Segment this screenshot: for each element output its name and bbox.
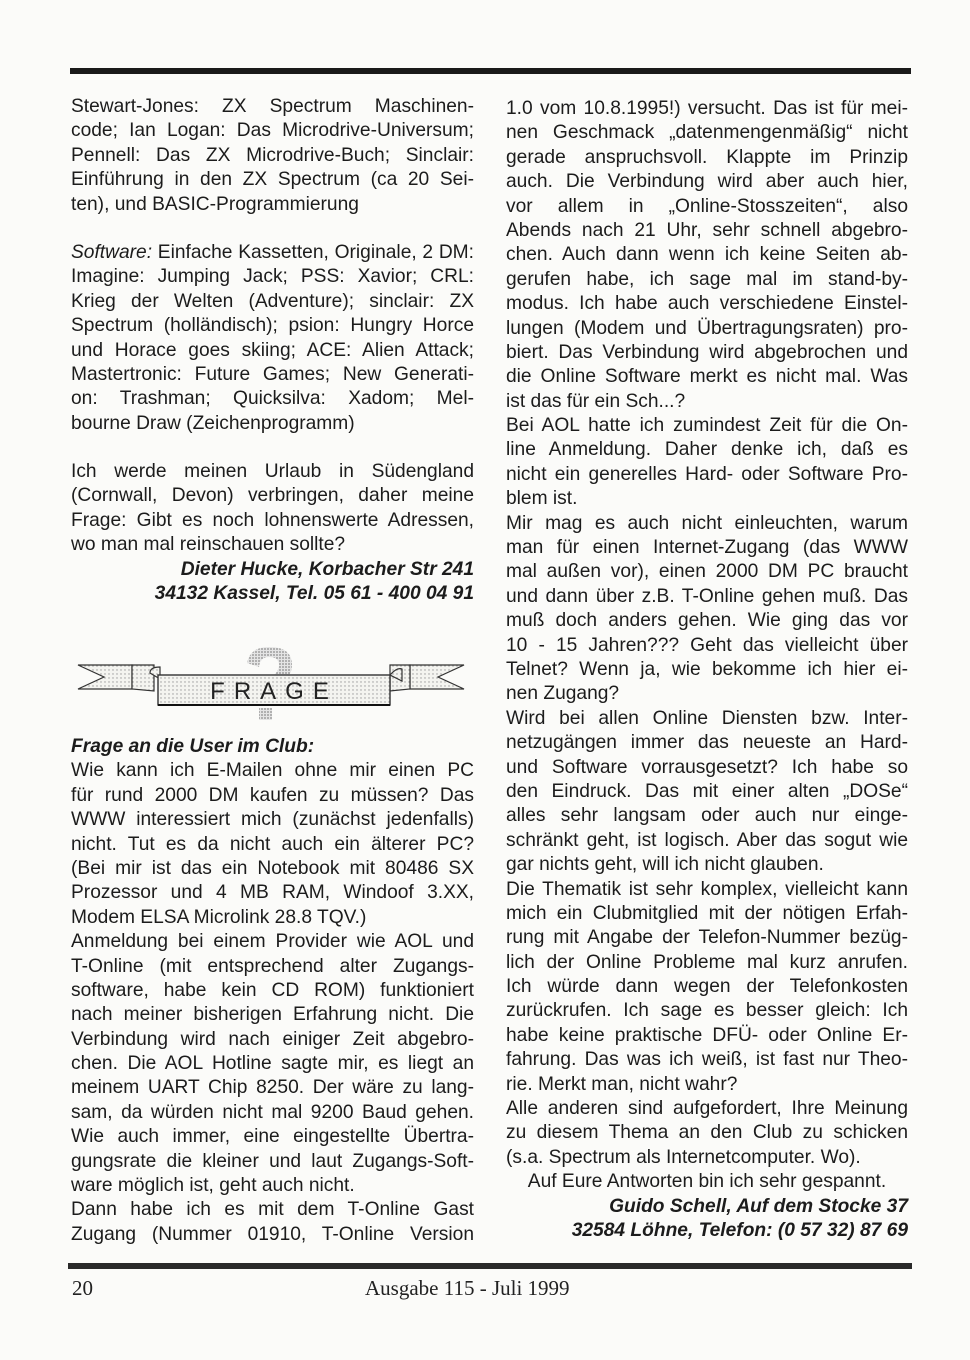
text-line: alles sehr langsam oder auch nur einge- — [506, 804, 908, 828]
text-line: 10 - 15 Jahren??? Geht das vielleicht üb… — [506, 634, 908, 658]
provider-paragraph: Anmeldung bei einem Provider wie AOL und… — [71, 930, 474, 1125]
text-line: nen Geschmack „datenmengenmäßig“ nicht — [506, 121, 908, 145]
text-line: software, habe kein CD ROM) funktioniert — [71, 979, 474, 1003]
text-line: 1.0 vom 10.8.1995!) versucht. Das ist fü… — [506, 97, 908, 121]
text-line: ten), und BASIC-Programmierung — [71, 193, 474, 217]
question-mark-banner-icon: FRAGE — [72, 645, 470, 725]
text-line: code; Ian Logan: Das Microdrive-Universu… — [71, 119, 474, 143]
software-label: Software: — [71, 242, 152, 263]
call-request-paragraph: Die Thematik ist sehr komplex, vielleich… — [506, 878, 908, 1098]
text-line: und Horace goes skiing; ACE: Alien Attac… — [71, 339, 474, 363]
text-line: Spectrum (holländisch); psion: Hungry Ho… — [71, 314, 474, 338]
text-line: fahrung. Das was ich weiß, ist fast nur … — [506, 1048, 908, 1072]
left-column: Stewart-Jones: ZX Spectrum Maschinen- co… — [71, 95, 474, 606]
bottom-rule — [68, 1263, 912, 1269]
text-line: wo man mal reinschauen sollte? — [71, 533, 474, 557]
software-list-paragraph: Software: Einfache Kassetten, Originale,… — [71, 241, 474, 436]
text-line: rung mit Angabe der Telefon-Nummer bezüg… — [506, 926, 908, 950]
section-heading: Frage an die User im Club: — [71, 735, 474, 759]
text-line: (Cornwall, Devon) verbringen, daher mein… — [71, 484, 474, 508]
text-line: nicht ein generelles Hard- oder Software… — [506, 463, 908, 487]
text-line: den Eindruck. Das mit einer alten „DOSe“ — [506, 780, 908, 804]
text-line: ist das für ein Sch...? — [506, 390, 908, 414]
text-line: Telnet? Wenn ja, wie bekomme ich hier ei… — [506, 658, 908, 682]
text-line: netzugängen immer das neueste an Hard- — [506, 731, 908, 755]
text-line: Pennell: Das ZX Microdrive-Buch; Sinclai… — [71, 144, 474, 168]
hardware-requirements-paragraph: Wird bei allen Online Diensten bzw. Inte… — [506, 707, 908, 878]
text-line: Wird bei allen Online Diensten bzw. Inte… — [506, 707, 908, 731]
text-line: Prozessor und 4 MB RAM, Windoof 3.XX, — [71, 881, 474, 905]
text-line: Frage: Gibt es noch lohnenswerte Adresse… — [71, 509, 474, 533]
text-line: meinem UART Chip 8250. Der wäre zu lang- — [71, 1076, 474, 1100]
text-line: Mir mag es auch nicht einleuchten, warum — [506, 512, 908, 536]
text-line: chen. Auch dann wenn ich keine Seiten ab… — [506, 243, 908, 267]
text-line: für rund 2000 DM kaufen zu müssen? Das — [71, 784, 474, 808]
text-line: Wie auch immer, eine eingestellte Übertr… — [71, 1125, 474, 1149]
transfer-rate-paragraph: Wie auch immer, eine eingestellte Übertr… — [71, 1125, 474, 1198]
text-line: gungsrate die kleiner und laut Zugangs-S… — [71, 1150, 474, 1174]
text-line: gerufen habe, ich sage mal im stand-by- — [506, 268, 908, 292]
invitation-paragraph: Alle anderen sind aufgefordert, Ihre Mei… — [506, 1097, 908, 1170]
text-line: biert. Das Verbindung wird abgebrochen u… — [506, 341, 908, 365]
text-line: nicht. Tut es da nicht auch ein älterer … — [71, 833, 474, 857]
closing-line: Auf Eure Antworten bin ich sehr gespannt… — [506, 1170, 908, 1194]
text-line: Ich werde meinen Urlaub in Südengland — [71, 460, 474, 484]
email-question-paragraph: Wie kann ich E-Mailen ohne mir einen PC … — [71, 759, 474, 930]
text-line: Ich würde dann wegen der Telefonkosten — [506, 975, 908, 999]
signature-line: 32584 Löhne, Telefon: (0 57 32) 87 69 — [506, 1219, 908, 1243]
text-line: line Anmeldung. Daher denke ich, daß es — [506, 438, 908, 462]
internet-access-paragraph: Mir mag es auch nicht einleuchten, warum… — [506, 512, 908, 707]
left-column-lower: Frage an die User im Club: Wie kann ich … — [71, 735, 474, 1247]
text-line: Anmeldung bei einem Provider wie AOL und — [71, 930, 474, 954]
text-line: muß doch anders gehen. Wie ging das vor — [506, 609, 908, 633]
t-online-continued-paragraph: 1.0 vom 10.8.1995!) versucht. Das ist fü… — [506, 97, 908, 414]
text-line: gar nichts geht, will ich nicht glauben. — [506, 853, 908, 877]
text-line: Abends nach 21 Uhr, sehr schnell abgebro… — [506, 219, 908, 243]
text-line: vor allem in „Online-Stosszeiten“, also — [506, 195, 908, 219]
text-line: ware möglich ist, geht auch nicht. — [71, 1174, 474, 1198]
text-line: schränkt geht, ist logisch. Aber das sog… — [506, 829, 908, 853]
text-line: man für einen Internet-Zugang (das WWW — [506, 536, 908, 560]
text-line: (Bei mir ist das ein Notebook mit 80486 … — [71, 857, 474, 881]
signature-dieter-hucke: Dieter Hucke, Korbacher Str 241 34132 Ka… — [71, 558, 474, 607]
frage-banner-graphic: FRAGE — [72, 645, 470, 725]
text-line: gerade anspruchsvoll. Klappte im Prinzip — [506, 146, 908, 170]
text-line: Stewart-Jones: ZX Spectrum Maschinen- — [71, 95, 474, 119]
vacation-question-paragraph: Ich werde meinen Urlaub in Südengland (C… — [71, 460, 474, 558]
text-line: lich der Online Probleme mal kurz anrufe… — [506, 951, 908, 975]
svg-text:FRAGE: FRAGE — [210, 678, 338, 705]
text-line: modus. Ich habe auch verschiedene Einste… — [506, 292, 908, 316]
signature-guido-schell: Guido Schell, Auf dem Stocke 37 32584 Lö… — [506, 1195, 908, 1244]
text-line: mal außen vor), einen 2000 DM PC braucht — [506, 560, 908, 584]
text-line: Bei AOL hatte ich zumindest Zeit für die… — [506, 414, 908, 438]
text-line: die Online Software merkt es nicht mal. … — [506, 365, 908, 389]
text-line: Dann habe ich es mit dem T-Online Gast — [71, 1198, 474, 1222]
text-line: Imagine: Jumping Jack; PSS: Xavior; CRL: — [71, 265, 474, 289]
issue-label: Ausgabe 115 - Juli 1999 — [365, 1276, 570, 1301]
text-line: T-Online (mit entsprechend alter Zugangs… — [71, 955, 474, 979]
text-line: (s.a. Spectrum als Internetcomputer. Wo)… — [506, 1146, 908, 1170]
text-line: Mastertronic: Future Games; New Generati… — [71, 363, 474, 387]
text-line: habe keine praktische DFÜ- oder Online E… — [506, 1024, 908, 1048]
text-line: Alle anderen sind aufgefordert, Ihre Mei… — [506, 1097, 908, 1121]
text-line: Die Thematik ist sehr komplex, vielleich… — [506, 878, 908, 902]
text-line: on: Trashman; Quicksilva: Xadom; Mel- — [71, 387, 474, 411]
text-line: rie. Merkt man, nicht wahr? — [506, 1073, 908, 1097]
text-line: und Software vorrausgesetzt? Ich habe so — [506, 756, 908, 780]
text-line: nach meiner bisherigen Erfahrung nicht. … — [71, 1003, 474, 1027]
page-number: 20 — [72, 1276, 93, 1301]
text-line: Zugang (Nummer 01910, T-Online Version — [71, 1223, 474, 1247]
text-line: bourne Draw (Zeichenprogramm) — [71, 412, 474, 436]
text-line: lungen (Modem und Übertragungsraten) pro… — [506, 317, 908, 341]
text-line: Software: Einfache Kassetten, Originale,… — [71, 241, 474, 265]
right-column: 1.0 vom 10.8.1995!) versucht. Das ist fü… — [506, 97, 908, 1243]
t-online-paragraph: Dann habe ich es mit dem T-Online Gast Z… — [71, 1198, 474, 1247]
text-line: Krieg der Welten (Adventure); sinclair: … — [71, 290, 474, 314]
signature-line: 34132 Kassel, Tel. 05 61 - 400 04 91 — [71, 582, 474, 606]
signature-line: Dieter Hucke, Korbacher Str 241 — [71, 558, 474, 582]
top-rule — [70, 68, 911, 74]
text-line: und dann über z.B. T-Online gehen muß. D… — [506, 585, 908, 609]
text-line: Einführung in den ZX Spectrum (ca 20 Sei… — [71, 168, 474, 192]
aol-paragraph: Bei AOL hatte ich zumindest Zeit für die… — [506, 414, 908, 512]
book-list-paragraph: Stewart-Jones: ZX Spectrum Maschinen- co… — [71, 95, 474, 217]
text-line: auch. Die Verbindung wird aber auch hier… — [506, 170, 908, 194]
text-line: nen Zugang? — [506, 682, 908, 706]
text-line: WWW interessiert mich (zunächst jedenfal… — [71, 808, 474, 832]
text-line: chen. Die AOL Hotline sagte mir, es lieg… — [71, 1052, 474, 1076]
text-line: zurückrufen. Ich sage es besser gleich: … — [506, 999, 908, 1023]
text-line: Verbindung wird nach einiger Zeit abgebr… — [71, 1028, 474, 1052]
text-line: Modem ELSA Microlink 28.8 TQV.) — [71, 906, 474, 930]
text-line: mich ein Clubmitglied mit der nötigen Er… — [506, 902, 908, 926]
text-line: sam, da würden nicht mal 9200 Baud gehen… — [71, 1101, 474, 1125]
text-line: zu diesem Thema an den Club zu schicken — [506, 1121, 908, 1145]
text-line: blem ist. — [506, 487, 908, 511]
text-line: Wie kann ich E-Mailen ohne mir einen PC — [71, 759, 474, 783]
signature-line: Guido Schell, Auf dem Stocke 37 — [506, 1195, 908, 1219]
